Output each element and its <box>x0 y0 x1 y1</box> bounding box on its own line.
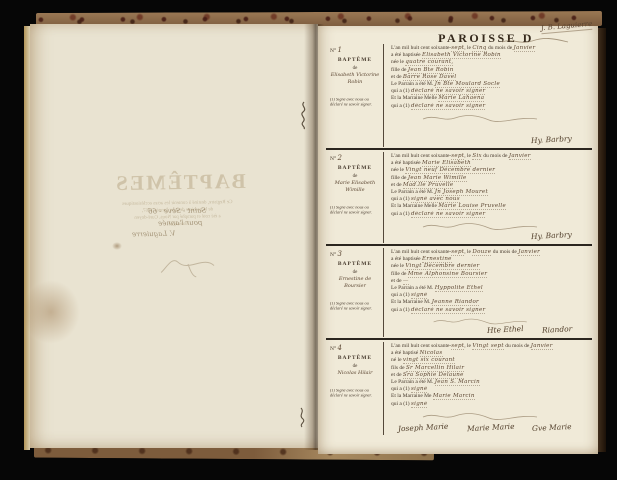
record-text-column: L'an mil huit cent soixante-sept, le Cin… <box>384 44 592 147</box>
number-handwriting: 1 <box>338 46 342 54</box>
signatures: Hy. Barbry <box>391 135 588 147</box>
baptism-record: N° 2 BAPTÊME de Marie ElisabethWimille (… <box>326 148 592 244</box>
bapteme-label: BAPTÊME <box>330 57 380 63</box>
record-line: qui a (1) déclaré ne savoir signer <box>391 103 588 110</box>
record-line: a été baptisée Elisabeth Victorine Robin <box>391 52 588 59</box>
record-line: et de Sra Sophie Delaune <box>391 372 588 379</box>
record-number: N° 1 <box>330 46 380 54</box>
record-line: née le Vingt Décembre dernier <box>391 263 588 270</box>
record-number: N° 3 <box>330 250 380 258</box>
record-line: fils de Sr Marcellin Hilair <box>391 365 588 372</box>
baptism-record: N° 3 BAPTÊME de Ernestine deBoursier (1)… <box>326 244 592 338</box>
record-line: Et la Marraine Melle Marie Lahaena <box>391 95 588 102</box>
left-page: BAPTÊMES Ce Registre, destiné à contenir… <box>30 24 318 448</box>
signature: Joseph Marie <box>398 422 449 434</box>
number-handwriting: 2 <box>338 154 342 162</box>
record-lines: L'an mil huit cent soixante-sept, le Dou… <box>391 249 588 314</box>
record-label-column: N° 2 BAPTÊME de Marie ElisabethWimille (… <box>326 152 384 243</box>
record-line: qui a (1) déclaré ne savoir signer <box>391 307 588 314</box>
bleedthrough-title: BAPTÊMES <box>100 169 260 197</box>
record-line: et de Mad.lle Pruvelle <box>391 182 588 189</box>
records: N° 1 BAPTÊME de Elisabeth VictorineRobin… <box>326 42 592 444</box>
name-handwriting: Marie ElisabethWimille <box>330 180 380 194</box>
gutter-ink-mark <box>295 406 309 428</box>
record-line: fille de Mme Alphonsine Boursier <box>391 271 588 278</box>
record-line: Le Parrain a été M. Jean S. Marcin <box>391 379 588 386</box>
footnote: (1) Signé avec nous ou déclaré ne savoir… <box>330 98 373 107</box>
bleedthrough-handwriting: V. Laguierre <box>132 230 175 239</box>
de-label: de <box>353 66 358 71</box>
record-number: N° 4 <box>330 344 380 352</box>
gutter-ink-mark <box>297 100 311 130</box>
number-label: N° <box>330 346 336 352</box>
record-line: Et la Marraine M. Jeanne Riandor <box>391 299 588 306</box>
record-line: fille de Jean Bte Robin <box>391 67 588 74</box>
record-line: L'an mil huit cent soixante-sept, le Vin… <box>391 343 588 350</box>
record-line: a été baptisée Ernestine <box>391 256 588 263</box>
record-line: qui a (1) signé avec nous <box>391 196 588 203</box>
record-line: qui a (1) déclaré ne savoir signer <box>391 211 588 218</box>
record-line: qui a (1) signé <box>391 386 588 393</box>
record-line: née le Vingt neuf Décembre dernier <box>391 167 588 174</box>
name-handwriting: Elisabeth VictorineRobin <box>330 72 380 86</box>
number-label: N° <box>330 252 336 258</box>
record-text-column: L'an mil huit cent soixante-sept, le Vin… <box>384 342 592 435</box>
ink-flourish <box>421 221 541 231</box>
baptism-record: N° 4 BAPTÊME de Nicolas Hilair (1) Signé… <box>326 338 592 436</box>
signatures: Joseph MarieMarie MarieGve Marie <box>391 423 588 435</box>
signature: Hy. Barbry <box>531 230 572 241</box>
baptized-name: de Ernestine deBoursier <box>330 269 380 290</box>
ink-flourish <box>421 113 541 123</box>
scanned-register-book: BAPTÊMES Ce Registre, destiné à contenir… <box>0 0 617 480</box>
baptized-name: de Nicolas Hilair <box>330 363 380 377</box>
signature: Riandor <box>542 324 573 335</box>
footnote: (1) Signé avec nous ou déclaré ne savoir… <box>330 206 373 215</box>
record-line: Le Parrain a été M. Jn Bte Moulard Socle <box>391 81 588 88</box>
signature: Hte Ethel <box>487 324 524 335</box>
name-handwriting: Nicolas Hilair <box>330 370 380 377</box>
bleedthrough-handwriting: pour l'année <box>158 219 203 228</box>
record-line: et de Barre Rose Davel <box>391 74 588 81</box>
signature: Marie Marie <box>467 422 515 433</box>
right-page: PAROISSE D J. B. Laguierre N° 1 BAPTÊME … <box>318 26 598 454</box>
record-line: qui a (1) signé <box>391 401 588 408</box>
record-text-column: L'an mil huit cent soixante-sept, le Dou… <box>384 248 592 337</box>
de-label: de <box>353 174 358 179</box>
record-line: L'an mil huit cent soixante-sept, le Dou… <box>391 249 588 256</box>
record-label-column: N° 4 BAPTÊME de Nicolas Hilair (1) Signé… <box>326 342 384 435</box>
number-handwriting: 3 <box>338 250 342 258</box>
footnote: (1) Signé avec nous ou déclaré ne savoir… <box>330 302 373 311</box>
record-line: fille de Jean Marie Wimille <box>391 175 588 182</box>
record-lines: L'an mil huit cent soixante-sept, le Cin… <box>391 45 588 110</box>
record-line: né le vingt six courant <box>391 357 588 364</box>
record-line: qui a (1) déclaré ne savoir signer <box>391 88 588 95</box>
record-line: Et la Marraine Me Marie Marcin <box>391 393 588 400</box>
bapteme-label: BAPTÊME <box>330 261 380 267</box>
signature: Hy. Barbry <box>531 134 572 145</box>
number-label: N° <box>330 156 336 162</box>
record-line: Et la Marraine Melle Marie Louise Pruvel… <box>391 203 588 210</box>
baptized-name: de Elisabeth VictorineRobin <box>330 65 380 86</box>
name-handwriting: Ernestine deBoursier <box>330 276 380 290</box>
baptism-record: N° 1 BAPTÊME de Elisabeth VictorineRobin… <box>326 42 592 148</box>
record-number: N° 2 <box>330 154 380 162</box>
number-handwriting: 4 <box>338 344 342 352</box>
record-lines: L'an mil huit cent soixante-sept, le Vin… <box>391 343 588 408</box>
record-line: Le Parrain a été M. Jn Joseph Mouret <box>391 189 588 196</box>
record-line: et de — <box>391 278 588 285</box>
record-line: a été baptisé Nicolas <box>391 350 588 357</box>
record-line: L'an mil huit cent soixante-sept, le Cin… <box>391 45 588 52</box>
record-text-column: L'an mil huit cent soixante-sept, le Six… <box>384 152 592 243</box>
record-line: a été baptisée Marie Elisabeth <box>391 160 588 167</box>
record-label-column: N° 1 BAPTÊME de Elisabeth VictorineRobin… <box>326 44 384 147</box>
record-line: née le quatre courant, <box>391 59 588 66</box>
bapteme-label: BAPTÊME <box>330 355 380 361</box>
record-line: L'an mil huit cent soixante-sept, le Six… <box>391 153 588 160</box>
record-lines: L'an mil huit cent soixante-sept, le Six… <box>391 153 588 218</box>
de-label: de <box>353 364 358 369</box>
de-label: de <box>353 270 358 275</box>
ink-flourish <box>421 411 541 421</box>
signature: Gve Marie <box>532 422 572 433</box>
bapteme-label: BAPTÊME <box>330 165 380 171</box>
record-line: qui a (1) signé <box>391 292 588 299</box>
signatures: Hte EthelRiandor <box>391 325 588 337</box>
record-label-column: N° 3 BAPTÊME de Ernestine deBoursier (1)… <box>326 248 384 337</box>
bleedthrough-handwriting: Saint - Sève - 66 <box>148 206 206 215</box>
bleedthrough-flourish <box>158 251 218 278</box>
footnote: (1) Signé avec nous ou déclaré ne savoir… <box>330 389 373 398</box>
baptized-name: de Marie ElisabethWimille <box>330 173 380 194</box>
record-line: Le Parrain a été M. Hyppolite Ethel <box>391 285 588 292</box>
signatures: Hy. Barbry <box>391 231 588 243</box>
number-label: N° <box>330 48 336 54</box>
page-stack-right-edge <box>597 28 606 452</box>
